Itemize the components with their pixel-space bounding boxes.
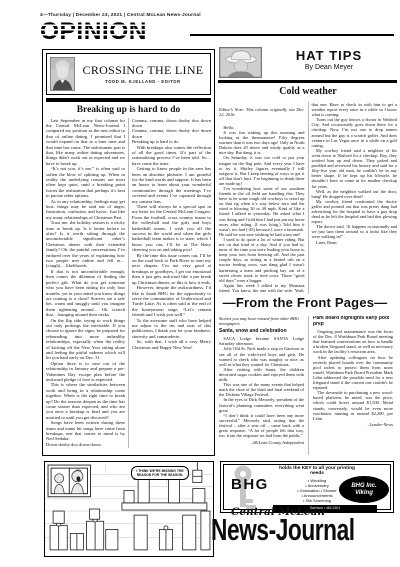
newspaper-logo-main: News-Journal <box>211 513 355 547</box>
bhg-inc-viking-badge: BHG Inc. Viking <box>339 476 389 503</box>
hat-tips-title: HAT TIPS <box>262 49 396 63</box>
column-byline: TODD M. KJELLAND - EDITOR <box>79 80 207 84</box>
masthead-rule <box>190 34 394 36</box>
cold-weather-body: Editor’s Note: This column originally ra… <box>219 102 397 294</box>
bhg-logo-text: BHG <box>231 477 269 492</box>
comic-panel: I think we’re missing the reason for the… <box>44 461 214 557</box>
front-pages-column-1: Stories you may have missed from other B… <box>219 316 304 455</box>
editor-photo <box>50 57 75 91</box>
story-headline: Park board highlights early pool prep <box>313 316 393 328</box>
story-attribution: –McLean County Independent <box>219 440 304 445</box>
header-divider-bar <box>46 98 211 102</box>
crossing-the-line-article-box: CROSSING THE LINE TODD M. KJELLAND - EDI… <box>42 49 215 456</box>
opinion-masthead-text: OPINION <box>40 21 195 43</box>
hat-tips-rule <box>218 80 397 83</box>
cold-weather-headline: Cold weather <box>218 86 398 98</box>
opinion-masthead: OPINION <box>40 21 192 44</box>
ad-tagline: holds the KEY to all your printing needs <box>273 466 361 477</box>
newspaper-logo-script: Central McLean <box>231 507 325 518</box>
story-attribution: –Leader-News <box>313 422 393 427</box>
article-headline: Breaking up is hard to do <box>46 105 211 116</box>
crossing-the-line-header: CROSSING THE LINE TODD M. KJELLAND - EDI… <box>46 53 211 95</box>
story-body: Ongoing pool maintenance was the focus o… <box>313 329 393 421</box>
hat-tips-byline: By Dean Meyer <box>262 64 396 72</box>
column-title: CROSSING THE LINE <box>79 64 207 77</box>
front-pages-column-2: Park board highlights early pool prep On… <box>308 316 393 455</box>
cold-weather-text: Hello, It was fun waking up this morning… <box>219 102 397 294</box>
front-pages-subtitle: Stories you may have missed from other B… <box>219 316 304 326</box>
crossing-the-line-titles: CROSSING THE LINE TODD M. KJELLAND - EDI… <box>79 64 207 84</box>
comic-speech-bubble: I think we’re missing the reason for the… <box>131 466 189 480</box>
editors-note: Editor’s Note: This column originally ra… <box>219 107 305 117</box>
story-headline: Santa, snow and celebration <box>219 329 304 335</box>
columnist-photo <box>219 47 262 78</box>
story-body: SACA Lodge became SANTA Lodge Saturday a… <box>219 336 304 438</box>
front-pages-title: —From the Front Pages— <box>213 296 397 310</box>
front-pages-section: Stories you may have missed from other B… <box>219 316 397 455</box>
article-body: Last September in my first column for th… <box>46 118 211 448</box>
